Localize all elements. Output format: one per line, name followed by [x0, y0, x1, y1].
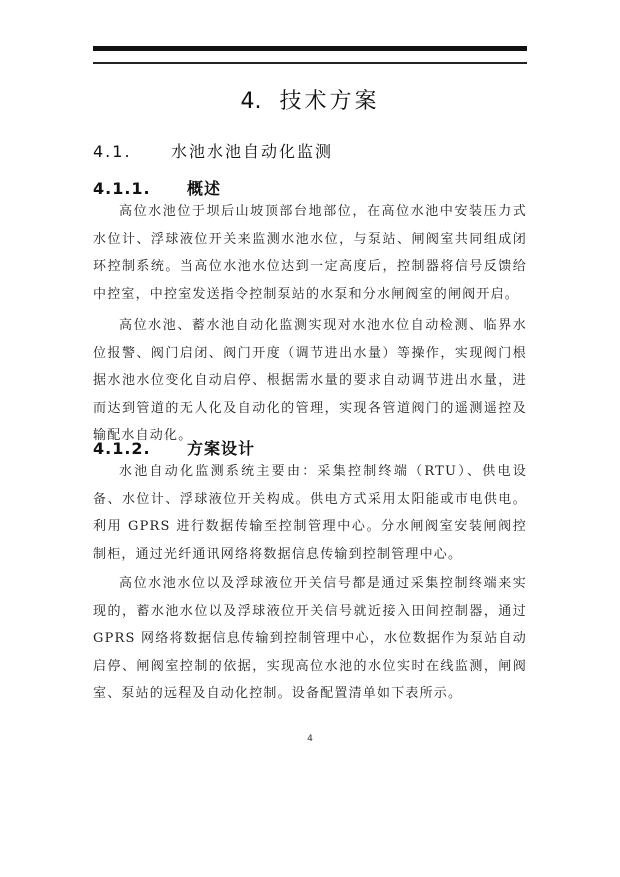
chapter-number: 4.	[240, 89, 261, 114]
page-number: 4	[0, 734, 620, 744]
header-rule-thin	[93, 62, 527, 64]
subsection-number: 4.1.2.	[93, 439, 187, 458]
subsection-heading-overview: 4.1.1.概述	[93, 176, 221, 199]
section-title: 水池水池自动化监测	[171, 142, 333, 161]
chapter-heading: 4.技术方案	[0, 84, 620, 115]
section-number: 4.1.	[93, 142, 171, 161]
body-paragraph: 水池自动化监测系统主要由：采集控制终端（RTU）、供电设备、水位计、浮球液位开关…	[93, 458, 527, 568]
subsection-number: 4.1.1.	[93, 179, 187, 198]
chapter-title: 技术方案	[279, 89, 379, 114]
subsection-title: 概述	[187, 179, 221, 198]
subsection-heading-design: 4.1.2.方案设计	[93, 436, 255, 459]
section-heading: 4.1.水池水池自动化监测	[93, 139, 333, 162]
body-paragraph: 高位水池、蓄水池自动化监测实现对水池水位自动检测、临界水位报警、阀门启闭、阀门开…	[93, 312, 527, 450]
subsection-title: 方案设计	[187, 439, 255, 458]
body-paragraph: 高位水池水位以及浮球液位开关信号都是通过采集控制终端来实现的，蓄水池水位以及浮球…	[93, 570, 527, 708]
body-paragraph: 高位水池位于坝后山坡顶部台地部位，在高位水池中安装压力式水位计、浮球液位开关来监…	[93, 198, 527, 308]
header-rule-thick	[93, 46, 527, 51]
